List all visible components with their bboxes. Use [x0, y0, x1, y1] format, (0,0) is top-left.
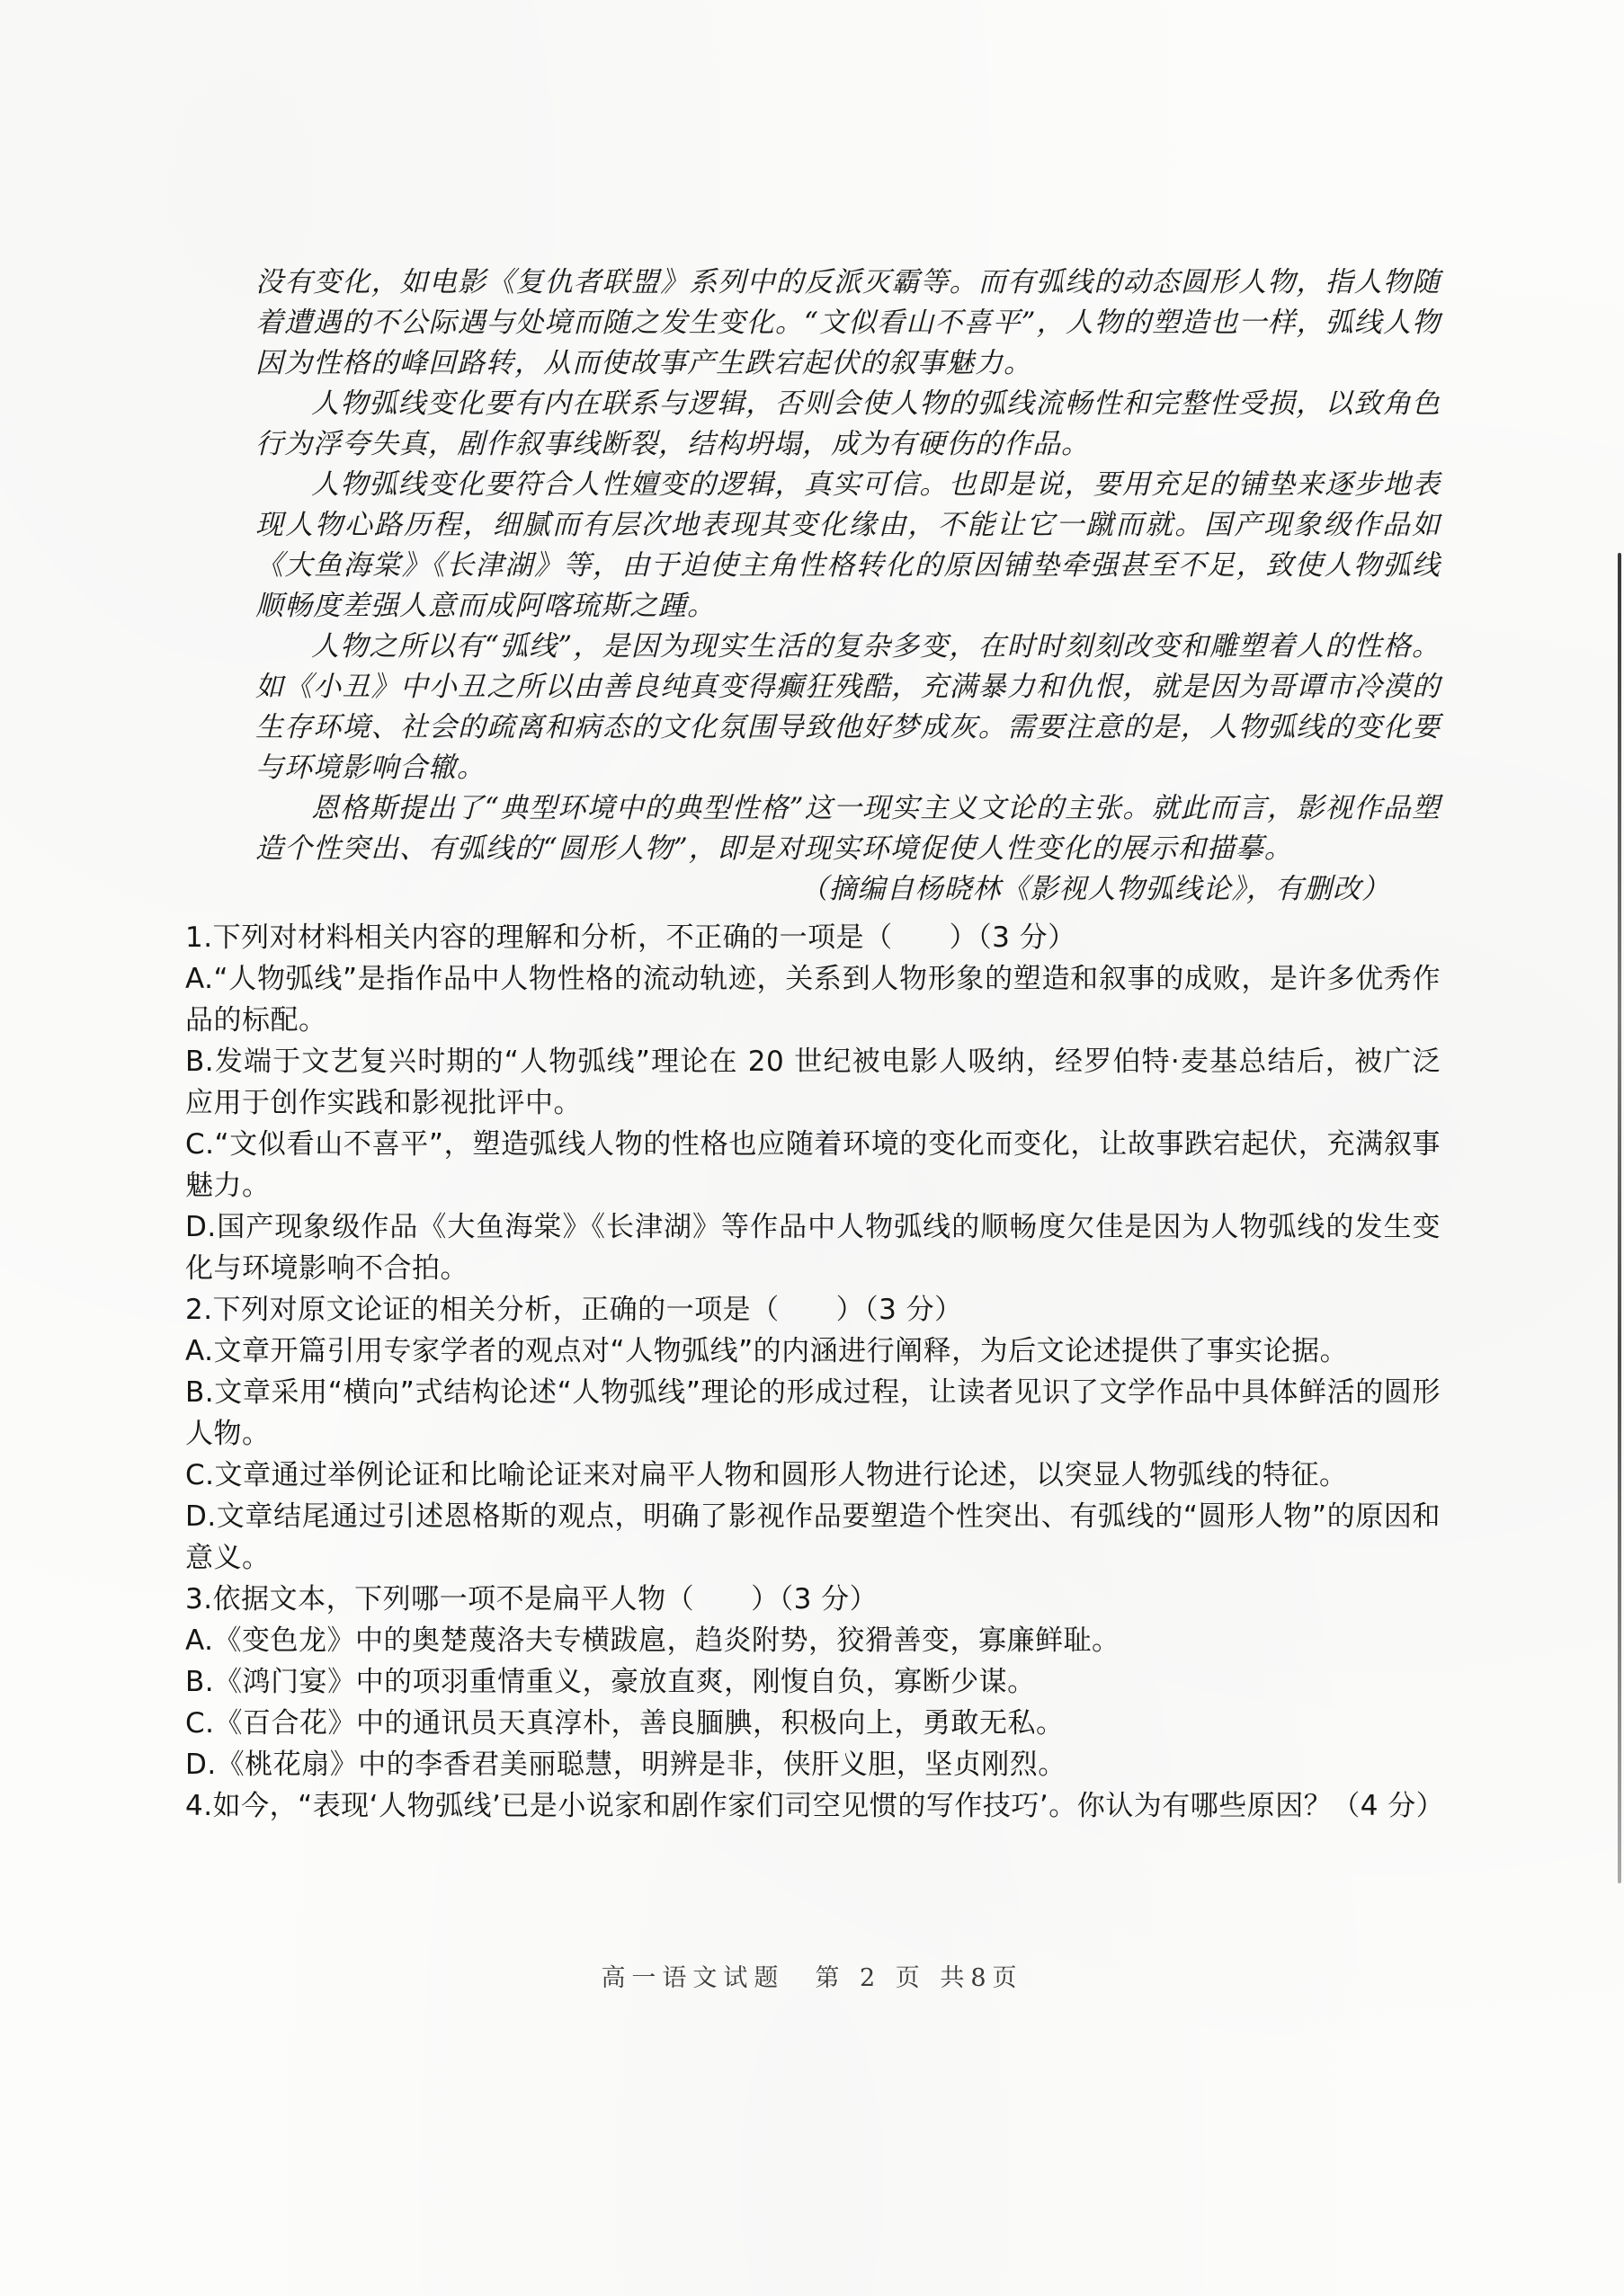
- question-2: 2.下列对原文论证的相关分析，正确的一项是（ ）（3 分） A.文章开篇引用专家…: [185, 1289, 1441, 1579]
- question-1-option-c: C.“文似看山不喜平”，塑造弧线人物的性格也应随着环境的变化而变化，让故事跌宕起…: [185, 1124, 1441, 1206]
- passage-paragraph: 恩格斯提出了“典型环境中的典型性格”这一现实主义文论的主张。就此而言，影视作品塑…: [255, 788, 1441, 869]
- question-3: 3.依据文本，下列哪一项不是扁平人物（ ）（3 分） A.《变色龙》中的奥楚蔑洛…: [185, 1579, 1441, 1785]
- passage-attribution: （摘编自杨晓林《影视人物弧线论》，有删改）: [255, 869, 1441, 910]
- page-content: 没有变化，如电影《复仇者联盟》系列中的反派灭霸等。而有弧线的动态圆形人物，指人物…: [185, 263, 1441, 1827]
- question-3-option-d: D.《桃花扇》中的李香君美丽聪慧，明辨是非，侠肝义胆，坚贞刚烈。: [185, 1744, 1441, 1785]
- page-footer: 高一语文试题 第 2 页 共8页: [0, 1958, 1624, 1993]
- exam-page: 没有变化，如电影《复仇者联盟》系列中的反派灭霸等。而有弧线的动态圆形人物，指人物…: [0, 0, 1624, 2296]
- question-3-option-b: B.《鸿门宴》中的项羽重情重义，豪放直爽，刚愎自负，寡断少谋。: [185, 1661, 1441, 1703]
- question-4-stem: 4.如今，“表现‘人物弧线’已是小说家和剧作家们司空见惯的写作技巧’。你认为有哪…: [185, 1785, 1441, 1827]
- question-1-stem: 1.下列对材料相关内容的理解和分析，不正确的一项是（ ）（3 分）: [185, 917, 1441, 958]
- question-3-stem: 3.依据文本，下列哪一项不是扁平人物（ ）（3 分）: [185, 1579, 1441, 1620]
- question-3-option-a: A.《变色龙》中的奥楚蔑洛夫专横跋扈，趋炎附势，狡猾善变，寡廉鲜耻。: [185, 1620, 1441, 1661]
- passage-paragraph: 没有变化，如电影《复仇者联盟》系列中的反派灭霸等。而有弧线的动态圆形人物，指人物…: [255, 263, 1441, 384]
- question-4: 4.如今，“表现‘人物弧线’已是小说家和剧作家们司空见惯的写作技巧’。你认为有哪…: [185, 1785, 1441, 1827]
- question-2-option-c: C.文章通过举例论证和比喻论证来对扁平人物和圆形人物进行论述，以突显人物弧线的特…: [185, 1455, 1441, 1496]
- question-1: 1.下列对材料相关内容的理解和分析，不正确的一项是（ ）（3 分） A.“人物弧…: [185, 917, 1441, 1289]
- passage-paragraph: 人物之所以有“弧线”，是因为现实生活的复杂多变，在时时刻刻改变和雕塑着人的性格。…: [255, 627, 1441, 788]
- question-3-option-c: C.《百合花》中的通讯员天真淳朴，善良腼腆，积极向上，勇敢无私。: [185, 1703, 1441, 1744]
- question-1-option-a: A.“人物弧线”是指作品中人物性格的流动轨迹，关系到人物形象的塑造和叙事的成败，…: [185, 958, 1441, 1041]
- scan-edge-artifact: [1618, 553, 1621, 1883]
- question-1-option-b: B.发端于文艺复兴时期的“人物弧线”理论在 20 世纪被电影人吸纳，经罗伯特·麦…: [185, 1041, 1441, 1124]
- question-2-option-b: B.文章采用“横向”式结构论述“人物弧线”理论的形成过程，让读者见识了文学作品中…: [185, 1372, 1441, 1455]
- page-footer-text: 高一语文试题 第 2 页 共8页: [601, 1964, 1022, 1992]
- question-2-option-d: D.文章结尾通过引述恩格斯的观点，明确了影视作品要塑造个性突出、有弧线的“圆形人…: [185, 1496, 1441, 1579]
- question-1-option-d: D.国产现象级作品《大鱼海棠》《长津湖》等作品中人物弧线的顺畅度欠佳是因为人物弧…: [185, 1206, 1441, 1289]
- passage-paragraph: 人物弧线变化要符合人性嬗变的逻辑，真实可信。也即是说，要用充足的铺垫来逐步地表现…: [255, 465, 1441, 627]
- passage-paragraph: 人物弧线变化要有内在联系与逻辑，否则会使人物的弧线流畅性和完整性受损，以致角色行…: [255, 384, 1441, 465]
- questions-section: 1.下列对材料相关内容的理解和分析，不正确的一项是（ ）（3 分） A.“人物弧…: [185, 917, 1441, 1827]
- reading-passage: 没有变化，如电影《复仇者联盟》系列中的反派灭霸等。而有弧线的动态圆形人物，指人物…: [255, 263, 1441, 910]
- question-2-stem: 2.下列对原文论证的相关分析，正确的一项是（ ）（3 分）: [185, 1289, 1441, 1330]
- question-2-option-a: A.文章开篇引用专家学者的观点对“人物弧线”的内涵进行阐释，为后文论述提供了事实…: [185, 1330, 1441, 1372]
